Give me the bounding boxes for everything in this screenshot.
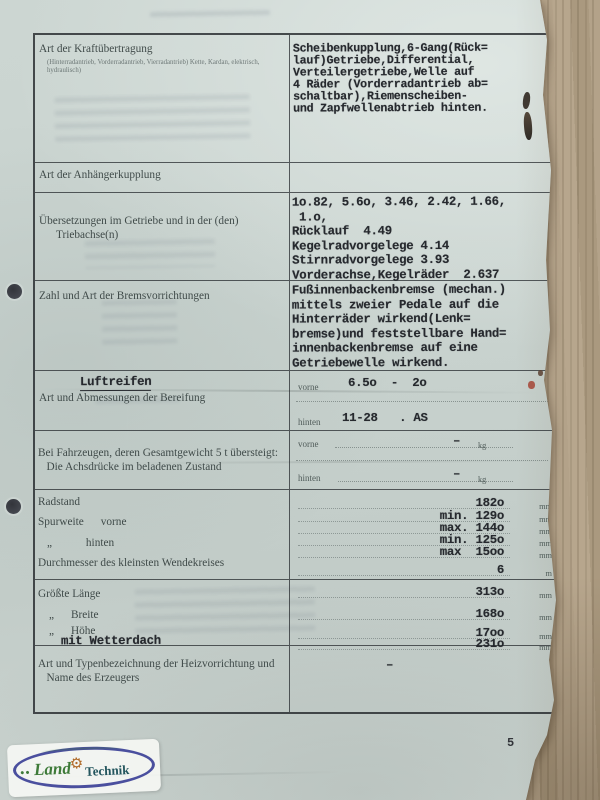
dim-value: max 15oo	[440, 545, 504, 559]
row-kraftuebertragung: Art der Kraftübertragung (Hinterradantri…	[35, 35, 558, 162]
page-number: 5	[507, 736, 514, 750]
cell-value: vorne 6.5o - 2o hinten 11-28 . AS	[289, 371, 558, 430]
dim-unit: m	[546, 569, 552, 578]
field-label: Bei Fahrzeugen, deren Gesamtgewicht 5 t …	[38, 447, 278, 474]
field-label: Zahl und Art der Bremsvorrichtungen	[39, 290, 210, 304]
dim-line: 313omm	[296, 585, 554, 598]
cell-value: 1o.82, 5.6o, 3.46, 2.42, 1.66, 1.o, Rück…	[289, 193, 558, 280]
row-bremsvorrichtungen: Zahl und Art der Bremsvorrichtungen Fußi…	[35, 280, 558, 370]
cell-value: Fußinnenbackenbremse (mechan.) mittels z…	[289, 281, 558, 370]
tire-rear-value: 11-28 . AS	[342, 411, 428, 425]
landtechnik-logo: ●● Land ⚙ Technik	[7, 739, 161, 798]
row-groesse: Größte Länge „ Breite „ Höhe mit Wetterd…	[35, 579, 558, 645]
typed-value: Scheibenkupplung,6-Gang(Rück= lauf)Getri…	[293, 41, 556, 115]
field-label: Übersetzungen im Getriebe und in der (de…	[39, 215, 239, 242]
form-ruled-line	[338, 481, 513, 482]
form-ruled-line	[296, 401, 548, 402]
typed-heading: Luftreifen	[80, 375, 151, 391]
dim-line: 6m	[296, 563, 554, 576]
spec-table: Art der Kraftübertragung (Hinterradantri…	[33, 33, 560, 714]
cell-value: vorne – kg hinten – kg	[289, 431, 558, 489]
label-spurweite-hinten: „ hinten	[47, 537, 114, 551]
label-radstand: Radstand	[38, 496, 80, 510]
cell-value: 182omm min. 129omm max. 144omm min. 125o…	[289, 490, 558, 579]
field-sublabel: (Hinterradantrieb, Vorderradantrieb, Vie…	[47, 59, 282, 75]
row-heizvorrichtung: Art und Typenbezeichnung der Heizvorrich…	[35, 645, 558, 712]
dim-value: 168o	[475, 607, 504, 621]
dim-value: 182o	[475, 496, 504, 510]
axle-rear-unit: kg	[478, 475, 486, 484]
cell-label: Luftreifen Art und Abmessungen der Berei…	[35, 371, 289, 430]
heating-value: –	[386, 658, 393, 672]
dim-unit: mm	[539, 551, 552, 560]
form-ruled-line	[296, 460, 548, 461]
typed-value: Fußinnenbackenbremse (mechan.) mittels z…	[292, 282, 556, 371]
cell-label: Radstand Spurweite vorne „ hinten Durchm…	[35, 490, 289, 579]
cell-label: Übersetzungen im Getriebe und in der (de…	[35, 193, 289, 280]
tire-front-value: 6.5o - 2o	[348, 376, 427, 390]
cell-value: 313omm 168omm 17oomm 231omm	[289, 580, 558, 645]
paper-sheet-wrap: Art der Kraftübertragung (Hinterradantri…	[0, 0, 600, 800]
punch-hole	[7, 284, 22, 299]
dim-unit: mm	[539, 613, 552, 622]
label-spurweite-vorne: Spurweite vorne	[38, 516, 126, 530]
scanned-document-photo: Art der Kraftübertragung (Hinterradantri…	[0, 0, 600, 800]
punch-hole	[6, 499, 21, 514]
axle-front-value: –	[453, 434, 460, 448]
field-label: Art und Abmessungen der Bereifung	[39, 392, 205, 406]
row-uebersetzungen: Übersetzungen im Getriebe und in der (de…	[35, 192, 558, 280]
sub-label-hinten: hinten	[298, 417, 321, 427]
cell-label: Art der Kraftübertragung (Hinterradantri…	[35, 35, 289, 162]
cell-label: Größte Länge „ Breite „ Höhe mit Wetterd…	[35, 580, 289, 645]
dim-unit: mm	[539, 591, 552, 600]
axle-front-unit: kg	[478, 441, 486, 450]
row-abmessungen: Radstand Spurweite vorne „ hinten Durchm…	[35, 489, 558, 579]
logo-dots: ●●	[20, 768, 31, 776]
label-breite: „ Breite	[49, 609, 99, 623]
cell-value: Scheibenkupplung,6-Gang(Rück= lauf)Getri…	[289, 35, 558, 162]
sub-label-hinten: hinten	[298, 473, 321, 483]
dim-line: 182omm	[296, 496, 554, 509]
field-label: Art und Typenbezeichnung der Heizvorrich…	[38, 658, 274, 685]
dim-value: 313o	[475, 585, 504, 599]
dim-line: 168omm	[296, 607, 554, 620]
field-label: Art der Anhängerkupplung	[39, 169, 161, 183]
cell-value: –	[289, 646, 558, 712]
paper-sheet: Art der Kraftübertragung (Hinterradantri…	[0, 0, 600, 800]
dim-line: max 15oomm	[296, 545, 554, 558]
typed-value: 1o.82, 5.6o, 3.46, 2.42, 1.66, 1.o, Rück…	[292, 194, 556, 283]
axle-rear-value: –	[453, 467, 460, 481]
row-achsdruecke: Bei Fahrzeugen, deren Gesamtgewicht 5 t …	[35, 430, 558, 489]
form-ruled-line	[335, 447, 513, 448]
row-anhaengerkupplung: Art der Anhängerkupplung	[35, 162, 558, 192]
label-wendekreis: Durchmesser des kleinsten Wendekreises	[38, 557, 224, 571]
cell-label: Art und Typenbezeichnung der Heizvorrich…	[35, 646, 289, 712]
sub-label-vorne: vorne	[298, 382, 319, 392]
label-laenge: Größte Länge	[38, 588, 100, 602]
cell-value	[289, 163, 558, 192]
bleedthrough-smudge	[150, 10, 270, 23]
dark-stain	[538, 370, 543, 376]
logo-word-land: Land	[34, 759, 72, 781]
logo-word-technik: Technik	[85, 762, 130, 780]
gear-icon: ⚙	[69, 754, 83, 774]
cell-label: Art der Anhängerkupplung	[35, 163, 289, 192]
dim-value: 6	[497, 563, 504, 577]
cell-label: Zahl und Art der Bremsvorrichtungen	[35, 281, 289, 370]
field-label: Art der Kraftübertragung	[39, 43, 153, 57]
sub-label-vorne: vorne	[298, 439, 319, 449]
row-bereifung: Luftreifen Art und Abmessungen der Berei…	[35, 370, 558, 430]
cell-label: Bei Fahrzeugen, deren Gesamtgewicht 5 t …	[35, 431, 289, 489]
red-stain	[528, 381, 535, 389]
